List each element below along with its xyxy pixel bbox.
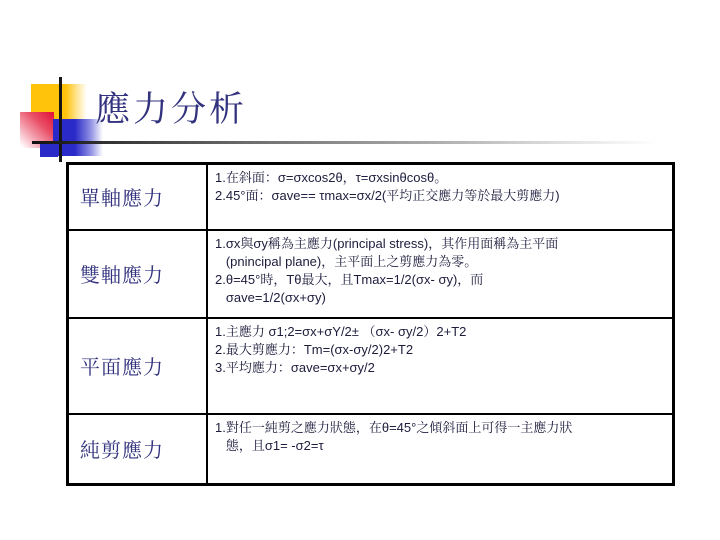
small-blue-square-shape: [40, 144, 58, 157]
slide-canvas: 應力分析 單軸應力 1.在斜面：σ=σxcos2θ，τ=σxsinθcosθ。 …: [0, 0, 720, 540]
content-line: (pnincipal plane)，主平面上之剪應力為零。: [215, 253, 666, 271]
table-row-plane-stress: 平面應力 1.主應力 σ1;2=σx+σY/2± （σx- σy/2）2+T2 …: [68, 318, 674, 414]
table-row-uniaxial: 單軸應力 1.在斜面：σ=σxcos2θ，τ=σxsinθcosθ。 2.45°…: [68, 164, 674, 230]
row-label: 平面應力: [68, 318, 208, 414]
content-line: 態，且σ1= -σ2=τ: [215, 437, 666, 455]
page-title: 應力分析: [95, 82, 247, 132]
table-row-pure-shear: 純剪應力 1.對任一純剪之應力狀態，在θ=45°之傾斜面上可得一主應力狀 態，且…: [68, 414, 674, 485]
row-label: 純剪應力: [68, 414, 208, 485]
content-line: 3.平均應力：σave=σx+σy/2: [215, 359, 666, 377]
title-underline-rule: [32, 141, 670, 144]
content-line: σave=1/2(σx+σy): [215, 289, 666, 307]
table-row-biaxial: 雙軸應力 1.σx與σy稱為主應力(principal stress)，其作用面…: [68, 230, 674, 318]
row-label: 雙軸應力: [68, 230, 208, 318]
content-line: 2.45°面：σave== τmax=σx/2(平均正交應力等於最大剪應力): [215, 187, 666, 205]
content-line: 1.對任一純剪之應力狀態，在θ=45°之傾斜面上可得一主應力狀: [215, 419, 666, 437]
content-line: 1.σx與σy稱為主應力(principal stress)，其作用面稱為主平面: [215, 235, 666, 253]
content-line: 2.θ=45°時，Tθ最大，且Tmax=1/2(σx- σy)，而: [215, 271, 666, 289]
row-content: 1.主應力 σ1;2=σx+σY/2± （σx- σy/2）2+T2 2.最大剪…: [207, 318, 674, 414]
stress-table: 單軸應力 1.在斜面：σ=σxcos2θ，τ=σxsinθcosθ。 2.45°…: [66, 162, 675, 486]
row-label: 單軸應力: [68, 164, 208, 230]
content-line: 1.在斜面：σ=σxcos2θ，τ=σxsinθcosθ。: [215, 169, 666, 187]
row-content: 1.σx與σy稱為主應力(principal stress)，其作用面稱為主平面…: [207, 230, 674, 318]
row-content: 1.對任一純剪之應力狀態，在θ=45°之傾斜面上可得一主應力狀 態，且σ1= -…: [207, 414, 674, 485]
content-line: 1.主應力 σ1;2=σx+σY/2± （σx- σy/2）2+T2: [215, 323, 666, 341]
content-line: 2.最大剪應力：Tm=(σx-σy/2)2+T2: [215, 341, 666, 359]
vertical-crosshair-line: [59, 77, 62, 162]
row-content: 1.在斜面：σ=σxcos2θ，τ=σxsinθcosθ。 2.45°面：σav…: [207, 164, 674, 230]
